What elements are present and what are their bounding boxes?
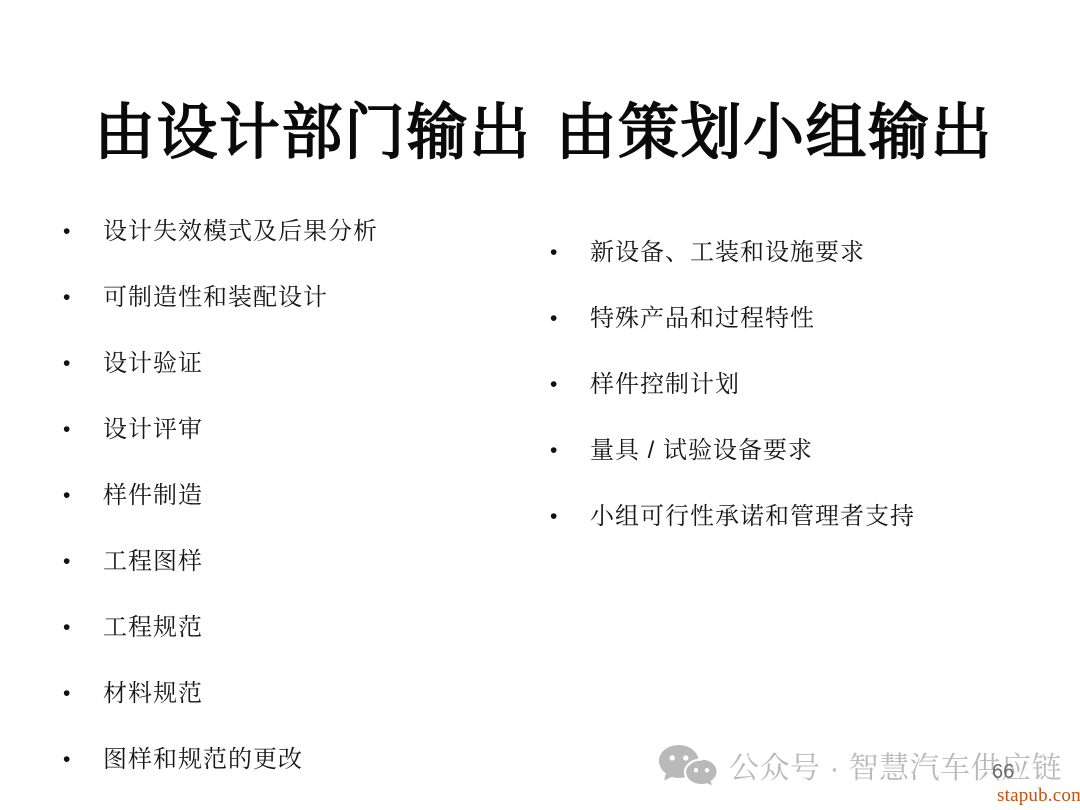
- list-item-text: 小组可行性承诺和管理者支持: [590, 503, 915, 532]
- list-item-text: 设计评审: [103, 416, 203, 445]
- bullet-icon: •: [63, 746, 103, 774]
- list-item-text: 样件制造: [103, 482, 203, 511]
- page-number: 66: [992, 761, 1014, 784]
- list-item-text: 设计失效模式及后果分析: [103, 218, 378, 247]
- list-item: • 可制造性和装配设计: [63, 284, 378, 350]
- list-item-text: 新设备、工装和设施要求: [590, 239, 865, 268]
- list-item: • 样件制造: [63, 482, 378, 548]
- list-item: • 新设备、工装和设施要求: [550, 239, 915, 305]
- bullet-icon: •: [550, 239, 590, 267]
- planning-team-output-list: • 新设备、工装和设施要求 • 特殊产品和过程特性 • 样件控制计划 • 量具 …: [550, 239, 915, 569]
- list-item-text: 图样和规范的更改: [103, 746, 303, 775]
- title-design-department: 由设计部门输出: [94, 87, 532, 179]
- list-item: • 小组可行性承诺和管理者支持: [550, 503, 915, 569]
- list-item: • 设计验证: [63, 350, 378, 416]
- list-item-text: 可制造性和装配设计: [103, 284, 328, 313]
- bullet-icon: •: [63, 482, 103, 510]
- bullet-icon: •: [63, 284, 103, 312]
- bullet-icon: •: [550, 437, 590, 465]
- title-planning-team: 由策划小组输出: [556, 87, 994, 179]
- list-item-text: 材料规范: [103, 680, 203, 709]
- bullet-icon: •: [63, 416, 103, 444]
- wechat-icon: [658, 744, 720, 792]
- bullet-icon: •: [550, 305, 590, 333]
- bullet-icon: •: [63, 218, 103, 246]
- list-item: • 设计评审: [63, 416, 378, 482]
- list-item: • 图样和规范的更改: [63, 746, 378, 810]
- bullet-icon: •: [63, 548, 103, 576]
- bullet-icon: •: [63, 680, 103, 708]
- watermark-url: stapub.com: [997, 785, 1080, 807]
- list-item: • 量具 / 试验设备要求: [550, 437, 915, 503]
- list-item: • 样件控制计划: [550, 371, 915, 437]
- bullet-icon: •: [550, 371, 590, 399]
- bullet-icon: •: [63, 614, 103, 642]
- design-department-output-list: • 设计失效模式及后果分析 • 可制造性和装配设计 • 设计验证 • 设计评审 …: [63, 218, 378, 810]
- bullet-icon: •: [550, 503, 590, 531]
- list-item-text: 量具 / 试验设备要求: [590, 437, 813, 466]
- page-title: 由设计部门输出 由策划小组输出: [94, 87, 993, 179]
- list-item-text: 样件控制计划: [590, 371, 740, 400]
- list-item: • 材料规范: [63, 680, 378, 746]
- list-item: • 特殊产品和过程特性: [550, 305, 915, 371]
- list-item-text: 工程规范: [103, 614, 203, 643]
- list-item-text: 特殊产品和过程特性: [590, 305, 815, 334]
- slide: 由设计部门输出 由策划小组输出 • 设计失效模式及后果分析 • 可制造性和装配设…: [0, 0, 1080, 810]
- list-item-text: 工程图样: [103, 548, 203, 577]
- list-item-text: 设计验证: [103, 350, 203, 379]
- list-item: • 设计失效模式及后果分析: [63, 218, 378, 284]
- bullet-icon: •: [63, 350, 103, 378]
- list-item: • 工程规范: [63, 614, 378, 680]
- list-item: • 工程图样: [63, 548, 378, 614]
